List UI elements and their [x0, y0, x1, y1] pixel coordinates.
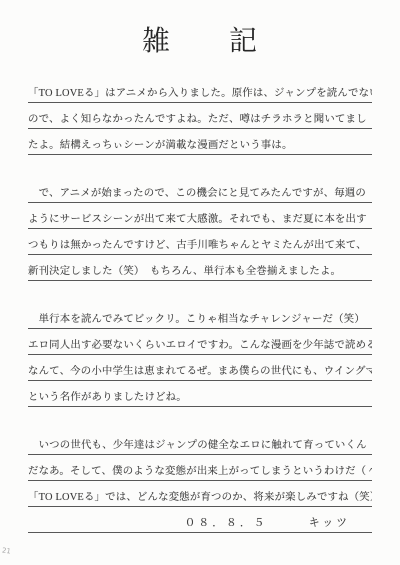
paragraph-2: で、アニメが始まったので、この機会にと見てみたんですが、毎週の ようにサービスシ…	[28, 177, 372, 281]
signature-line: ０８．８．５ キッツ	[28, 507, 372, 533]
text-line: で、アニメが始まったので、この機会にと見てみたんですが、毎週の	[28, 177, 372, 203]
text-line: なんて、今の小中学生は恵まれてるぜ。まあ僕らの世代にも、ウイングマン	[28, 355, 372, 381]
text-line: エロ同人出す必要ないくらいエロイですわ。こんな漫画を少年誌で読める	[28, 329, 372, 355]
text-line-content: という名作がありましたけどね。	[28, 393, 187, 406]
text-line-content: で、アニメが始まったので、この機会にと見てみたんですが、毎週の	[28, 189, 366, 202]
text-line: つもりは無かったんですけど、古手川唯ちゃんとヤミたんが出て来て、	[28, 229, 372, 255]
paragraph-3: 単行本を読んでみてビックリ。こりゃ相当なチャレンジャーだ（笑） エロ同人出す必要…	[28, 303, 372, 407]
text-line: 「TO LOVEる」では、どんな変態が育つのか、将来が楽しみですね（笑）	[28, 481, 372, 507]
text-line: 「TO LOVEる」はアニメから入りました。原作は、ジャンプを読んでない	[28, 77, 372, 103]
text-line: いつの世代も、少年達はジャンプの健全なエロに触れて育っていくん	[28, 429, 372, 455]
text-line-content: 単行本を読んでみてビックリ。こりゃ相当なチャレンジャーだ（笑）	[28, 315, 365, 328]
page-number: 21	[1, 546, 11, 555]
document-body: 「TO LOVEる」はアニメから入りました。原作は、ジャンプを読んでない ので、…	[28, 77, 372, 533]
paragraph-1: 「TO LOVEる」はアニメから入りました。原作は、ジャンプを読んでない ので、…	[28, 77, 372, 155]
text-line-content: 「TO LOVEる」はアニメから入りました。原作は、ジャンプを読んでない	[28, 89, 372, 102]
text-line-content: 「TO LOVEる」では、どんな変態が育つのか、将来が楽しみですね（笑）	[28, 493, 372, 506]
paragraph-4: いつの世代も、少年達はジャンプの健全なエロに触れて育っていくん だなあ。そして、…	[28, 429, 372, 533]
text-line-content: たよ。結構えっちぃシーンが満載な漫画だという事は。	[28, 141, 293, 154]
text-line-content: 新刊決定しました（笑） もちろん、単行本も全巻揃えましたよ。	[28, 267, 341, 280]
text-line: ので、よく知らなかったんですよね。ただ、噂はチラホラと聞いてまし	[28, 103, 372, 129]
text-line: 新刊決定しました（笑） もちろん、単行本も全巻揃えましたよ。	[28, 255, 372, 281]
text-line-content: いつの世代も、少年達はジャンプの健全なエロに触れて育っていくん	[28, 441, 367, 454]
page-title: 雑 記	[28, 24, 372, 60]
text-line: たよ。結構えっちぃシーンが満載な漫画だという事は。	[28, 129, 372, 155]
text-line-content: つもりは無かったんですけど、古手川唯ちゃんとヤミたんが出て来て、	[28, 241, 367, 254]
scanned-document-page: 雑 記 「TO LOVEる」はアニメから入りました。原作は、ジャンプを読んでない…	[0, 0, 400, 565]
text-line-content: エロ同人出す必要ないくらいエロイですわ。こんな漫画を少年誌で読める	[28, 341, 372, 354]
text-line: という名作がありましたけどね。	[28, 381, 372, 407]
text-line-content: だなあ。そして、僕のような変態が出来上がってしまうというわけだ（＾＾;）	[28, 467, 372, 480]
text-line-content: ので、よく知らなかったんですよね。ただ、噂はチラホラと聞いてまし	[28, 115, 367, 128]
text-line-content: なんて、今の小中学生は恵まれてるぜ。まあ僕らの世代にも、ウイングマン	[28, 367, 372, 380]
text-line: だなあ。そして、僕のような変態が出来上がってしまうというわけだ（＾＾;）	[28, 455, 372, 481]
text-line-content: ようにサービスシーンが出て来て大感激。それでも、まだ夏に本を出す	[28, 215, 367, 228]
text-line: ようにサービスシーンが出て来て大感激。それでも、まだ夏に本を出す	[28, 203, 372, 229]
text-line: 単行本を読んでみてビックリ。こりゃ相当なチャレンジャーだ（笑）	[28, 303, 372, 329]
date-and-signature: ０８．８．５ キッツ	[185, 518, 372, 532]
